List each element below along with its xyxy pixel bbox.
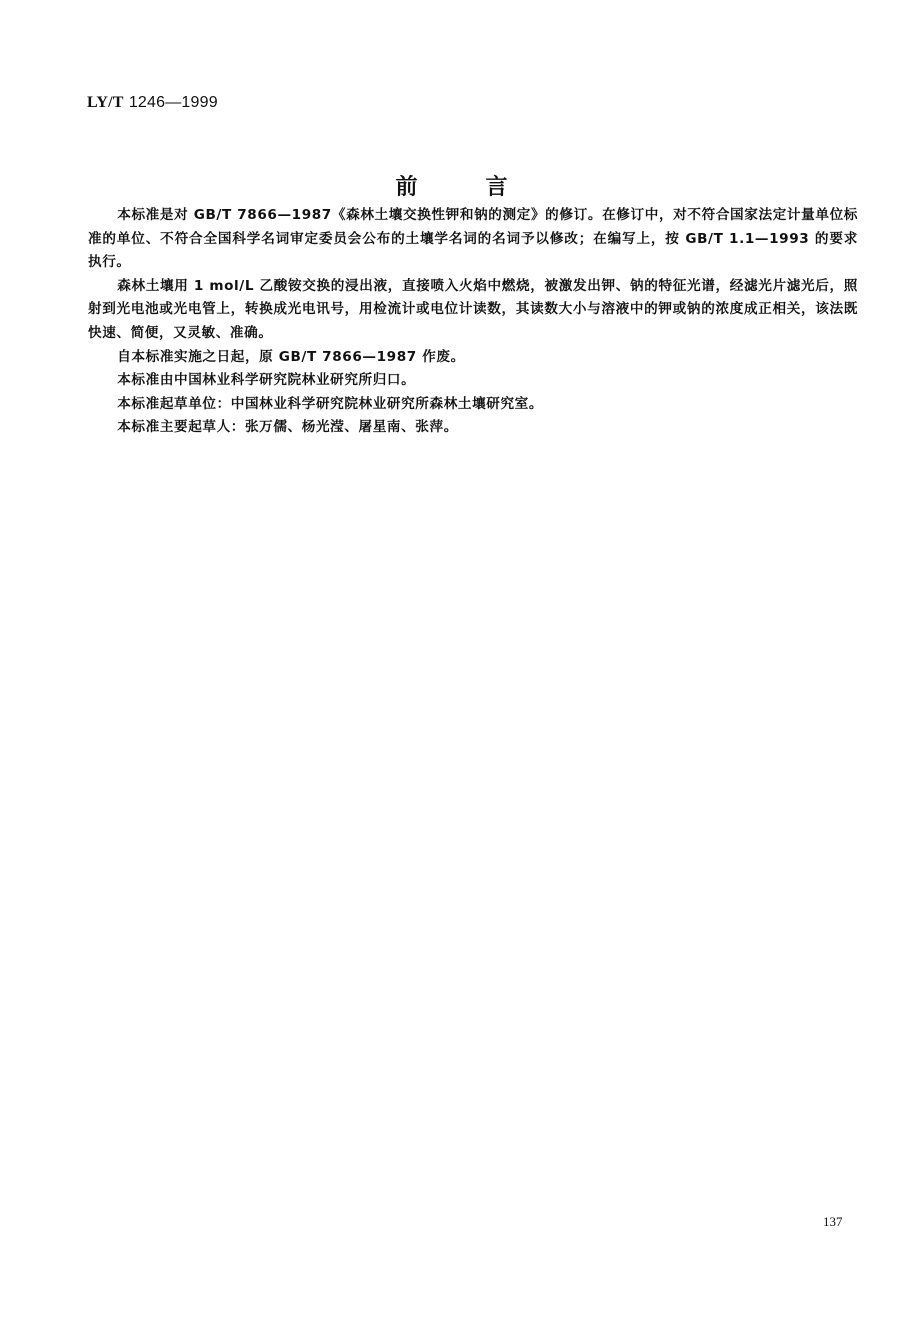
standard-code-header: LY/T 1246—1999 <box>87 93 218 112</box>
page-title: 前言 <box>0 170 903 201</box>
paragraph-method-summary: 森林土壤用 1 mol/L 乙酸铵交换的浸出液，直接喷入火焰中燃烧，被激发出钾、… <box>88 275 858 346</box>
standard-number: 1246—1999 <box>129 94 218 111</box>
foreword-body: 本标准是对 GB/T 7866—1987《森林土壤交换性钾和钠的测定》的修订。在… <box>88 204 858 440</box>
paragraph-drafting-unit: 本标准起草单位：中国林业科学研究院林业研究所森林土壤研究室。 <box>88 393 858 417</box>
paragraph-supersedes: 自本标准实施之日起，原 GB/T 7866—1987 作废。 <box>88 346 858 370</box>
paragraph-responsible-body: 本标准由中国林业科学研究院林业研究所归口。 <box>88 369 858 393</box>
paragraph-drafters: 本标准主要起草人：张万儒、杨光滢、屠星南、张萍。 <box>88 416 858 440</box>
page-number: 137 <box>823 1214 843 1230</box>
paragraph-revision-note: 本标准是对 GB/T 7866—1987《森林土壤交换性钾和钠的测定》的修订。在… <box>88 204 858 275</box>
standard-prefix: LY/T <box>87 94 124 111</box>
